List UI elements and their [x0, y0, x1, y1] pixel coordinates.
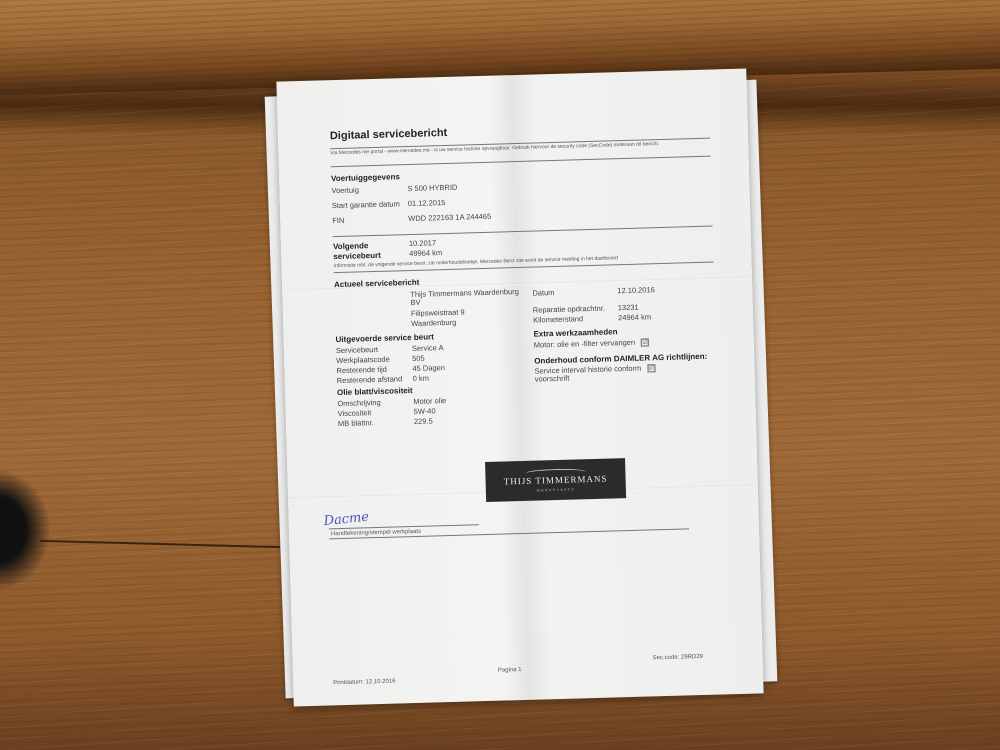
next-service-km: 49964 km: [409, 248, 442, 258]
performed-heading: Uitgevoerde service beurt: [335, 332, 433, 344]
wood-crack: [40, 540, 280, 548]
fin-label: FIN: [332, 216, 344, 225]
remaining-time-value: 45 Dagen: [412, 363, 445, 373]
date-label: Datum: [532, 288, 554, 298]
extra-work-item: Motor: olie en -filter vervangen☑: [534, 337, 650, 349]
order-number-label: Reparatie opdrachtnr.: [533, 304, 605, 315]
warranty-start-value: 01.12.2015: [408, 198, 446, 208]
extra-work-label: Motor: olie en -filter vervangen: [534, 338, 636, 350]
vehicle-value: S 500 HYBRID: [407, 183, 457, 193]
workshop-code-label: Werkplaatscode: [336, 355, 390, 365]
service-type-value: Service A: [412, 343, 444, 353]
next-service-date: 10.2017: [409, 238, 436, 248]
page-number: Pagina 1: [498, 667, 522, 674]
dealer-city: Waardenburg: [411, 318, 456, 328]
print-date: Printdatum: 12.10.2016: [333, 679, 396, 687]
signature-scribble: Dacme: [323, 510, 370, 529]
service-type-label: Servicebeurt: [336, 345, 378, 355]
vehicle-heading: Voertuiggegevens: [331, 172, 400, 183]
dealer-stamp-logo: THIJS TIMMERMANS WERKPLAATS: [485, 458, 626, 502]
mb-sheet-label: MB blattnr.: [338, 418, 374, 428]
workshop-code-value: 505: [412, 354, 425, 363]
oil-heading: Olie blatt/viscositeit: [337, 386, 413, 397]
next-service-heading: Volgende: [333, 241, 369, 251]
stamp-subtitle: WERKPLAATS: [486, 486, 626, 494]
checkbox-checked-icon: ☑: [647, 364, 655, 372]
divider: [331, 156, 711, 168]
dark-object-shadow: [0, 470, 50, 590]
service-report-document: Digitaal servicebericht Via Mercedes me …: [276, 69, 763, 707]
remaining-distance-label: Resterende afstand: [337, 374, 403, 385]
oil-description-value: Motor olie: [413, 396, 446, 406]
security-code: Sec.code: 29RD29: [653, 654, 704, 661]
viscosity-value: 5W-40: [414, 406, 436, 416]
viscosity-label: Viscositeit: [338, 408, 372, 418]
divider: [333, 226, 713, 238]
date-value: 12.10.2016: [617, 285, 655, 295]
warranty-start-label: Start garantie datum: [332, 199, 400, 210]
extra-work-heading: Extra werkzaamheden: [533, 327, 617, 338]
remaining-time-label: Resterende tijd: [336, 365, 387, 375]
remaining-distance-value: 0 km: [413, 374, 430, 383]
document-title: Digitaal servicebericht: [330, 127, 448, 142]
mileage-label: Kilometerstand: [533, 314, 583, 324]
oil-description-label: Omschrijving: [337, 398, 381, 408]
dealer-name: Thijs Timmermans Waardenburg: [410, 287, 519, 299]
mileage-value: 24964 km: [618, 312, 651, 322]
dealer-street: Filipsweistraat 9: [411, 308, 465, 318]
fin-value: WDD 222163 1A 244465: [408, 212, 491, 223]
vehicle-label: Voertuig: [331, 185, 359, 195]
dealer-name-suffix: BV: [410, 298, 420, 307]
next-service-heading-2: servicebeurt: [333, 251, 381, 261]
checkbox-checked-icon: ☑: [641, 338, 649, 346]
order-number-value: 13231: [618, 303, 639, 313]
mb-sheet-value: 229.5: [414, 416, 433, 426]
daimler-item-label-2: voorschrift: [535, 374, 570, 384]
